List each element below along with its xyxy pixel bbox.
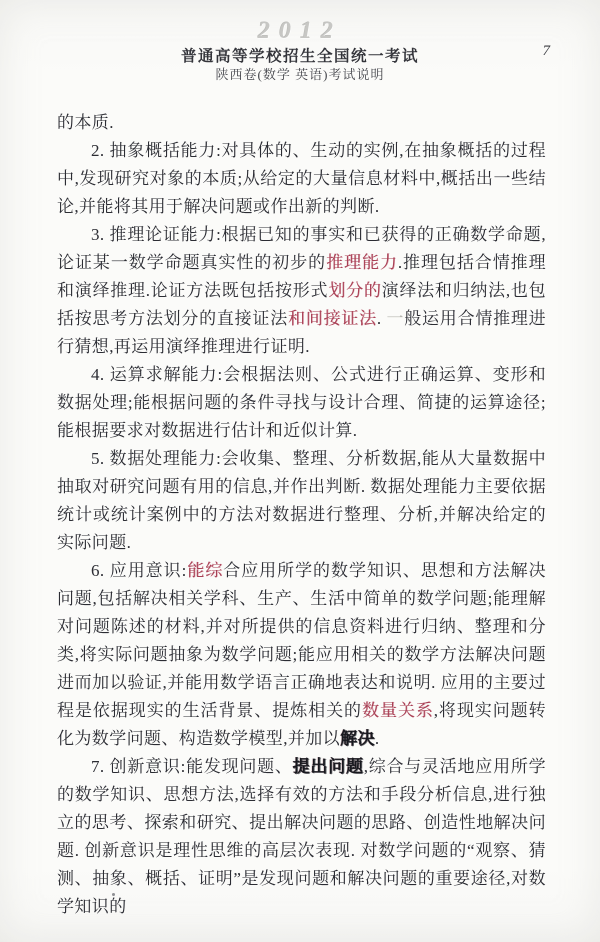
marked-text-segment: 能综 bbox=[187, 561, 224, 580]
document-body: 的本质.2. 抽象概括能力:对具体的、生动的实例,在抽象概括的过程中,发现研究对… bbox=[57, 109, 546, 921]
paragraph: 6. 应用意识:能综合应用所学的数学知识、思想和方法解决问题,包括解决相关学科、… bbox=[57, 557, 546, 753]
paragraph: 2. 抽象概括能力:对具体的、生动的实例,在抽象概括的过程中,发现研究对象的本质… bbox=[57, 137, 546, 221]
text-segment: 2. 抽象概括能力:对具体的、生动的实例,在抽象概括的过程中,发现研究对象的本质… bbox=[57, 141, 546, 216]
text-segment: . bbox=[375, 729, 380, 748]
marked-text-segment: 推理能力 bbox=[326, 253, 398, 272]
marked-text-segment: 一 bbox=[386, 309, 404, 328]
marked-text-segment: 解决 bbox=[340, 729, 375, 748]
paragraph: 7. 创新意识:能发现问题、提出问题,综合与灵活地应用所学的数学知识、思想方法,… bbox=[57, 753, 546, 921]
page-number: 7 bbox=[543, 43, 551, 60]
marked-text-segment: 和间接证法 bbox=[288, 309, 377, 328]
marked-text-segment: 数量关系 bbox=[362, 701, 434, 720]
paragraph: 3. 推理论证能力:根据已知的事实和已获得的正确数学命题,论证某一数学命题真实性… bbox=[57, 221, 546, 361]
stray-ink-dot bbox=[112, 893, 115, 896]
text-segment: ,综合与灵活地应用所学的数学知识、思想方法,选择有效的方法和手段分析信息,进行独… bbox=[57, 757, 546, 916]
exam-subtitle: 陕西卷(数学 英语)考试说明 bbox=[0, 64, 600, 83]
paragraph: 5. 数据处理能力:会收集、整理、分析数据,能从大量数据中抽取对研究问题有用的信… bbox=[57, 445, 546, 557]
text-segment: 合应用所学的数学知识、思想和方法解决问题,包括解决相关学科、生产、生活中简单的数… bbox=[57, 561, 546, 720]
text-segment: 6. 应用意识: bbox=[91, 561, 187, 580]
text-segment: 4. 运算求解能力:会根据法则、公式进行正确运算、变形和数据处理;能根据问题的条… bbox=[57, 365, 546, 440]
marked-text-segment: 提出问题 bbox=[293, 757, 364, 776]
exam-title: 普通高等学校招生全国统一考试 bbox=[0, 44, 600, 66]
text-segment: 的本质. bbox=[57, 113, 114, 132]
paragraph: 4. 运算求解能力:会根据法则、公式进行正确运算、变形和数据处理;能根据问题的条… bbox=[57, 361, 546, 445]
text-segment: 5. 数据处理能力:会收集、整理、分析数据,能从大量数据中抽取对研究问题有用的信… bbox=[57, 449, 546, 552]
year-watermark: 2012 bbox=[0, 18, 600, 45]
marked-text-segment: 划分的 bbox=[328, 281, 381, 300]
scanned-page: 2012 普通高等学校招生全国统一考试 陕西卷(数学 英语)考试说明 7 的本质… bbox=[0, 0, 600, 942]
text-segment: 7. 创新意识:能发现问题、 bbox=[91, 757, 293, 776]
paragraph: 的本质. bbox=[57, 109, 546, 137]
